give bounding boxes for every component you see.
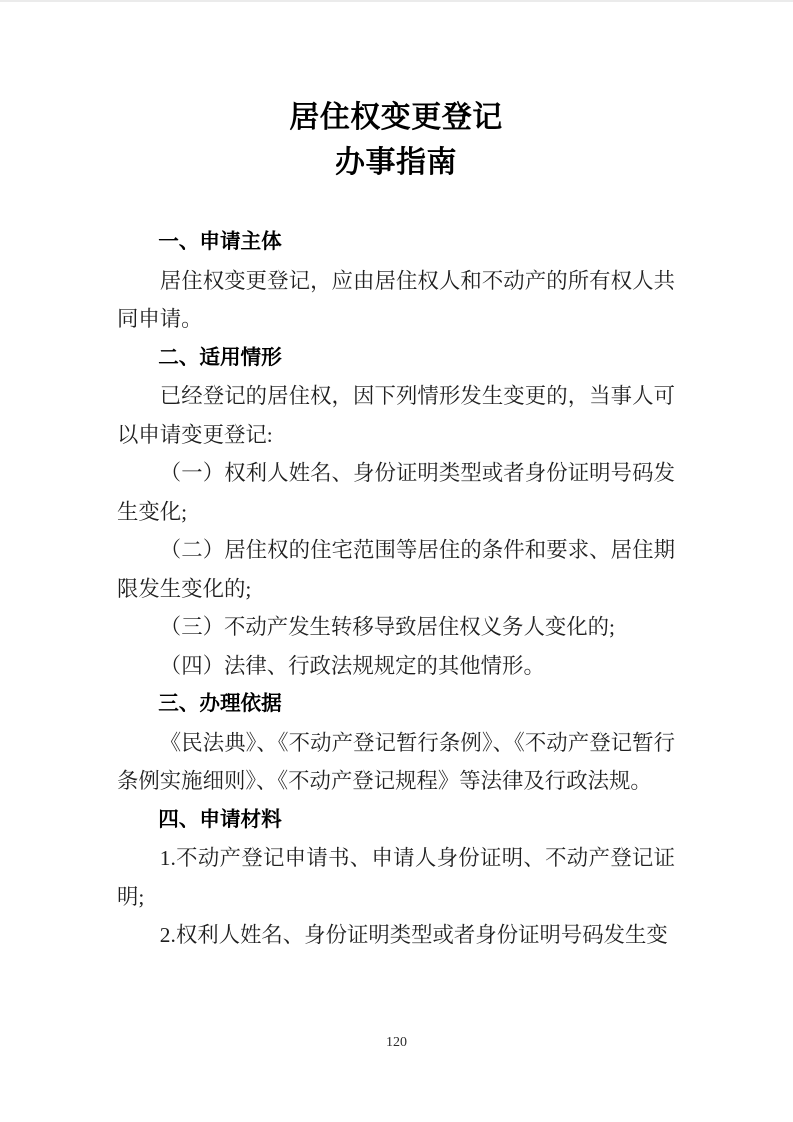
material-item-2: 2.权利人姓名、身份证明类型或者身份证明号码发生变 — [117, 916, 675, 955]
section-heading-4: 四、申请材料 — [117, 801, 675, 840]
title-line-2: 办事指南 — [117, 140, 675, 185]
section-heading-1: 一、申请主体 — [117, 223, 675, 262]
page-number: 120 — [0, 1035, 793, 1051]
body-paragraph: 居住权变更登记，应由居住权人和不动产的所有权人共同申请。 — [117, 262, 675, 339]
title-line-1: 居住权变更登记 — [117, 95, 675, 140]
document-body: 一、申请主体 居住权变更登记，应由居住权人和不动产的所有权人共同申请。 二、适用… — [117, 223, 675, 955]
section-heading-3: 三、办理依据 — [117, 685, 675, 724]
list-item-4: （四）法律、行政法规规定的其他情形。 — [117, 647, 675, 686]
document-page: 居住权变更登记 办事指南 一、申请主体 居住权变更登记，应由居住权人和不动产的所… — [0, 0, 793, 1122]
page-content: 居住权变更登记 办事指南 一、申请主体 居住权变更登记，应由居住权人和不动产的所… — [117, 2, 675, 955]
list-item-1: （一）权利人姓名、身份证明类型或者身份证明号码发生变化; — [117, 454, 675, 531]
body-paragraph: 《民法典》、《不动产登记暂行条例》、《不动产登记暂行条例实施细则》、《不动产登记… — [117, 724, 675, 801]
material-item-1: 1.不动产登记申请书、申请人身份证明、不动产登记证明; — [117, 839, 675, 916]
list-item-2: （二）居住权的住宅范围等居住的条件和要求、居住期限发生变化的; — [117, 531, 675, 608]
list-item-3: （三）不动产发生转移导致居住权义务人变化的; — [117, 608, 675, 647]
document-title: 居住权变更登记 办事指南 — [117, 95, 675, 185]
section-heading-2: 二、适用情形 — [117, 339, 675, 378]
body-paragraph: 已经登记的居住权，因下列情形发生变更的，当事人可以申请变更登记: — [117, 377, 675, 454]
